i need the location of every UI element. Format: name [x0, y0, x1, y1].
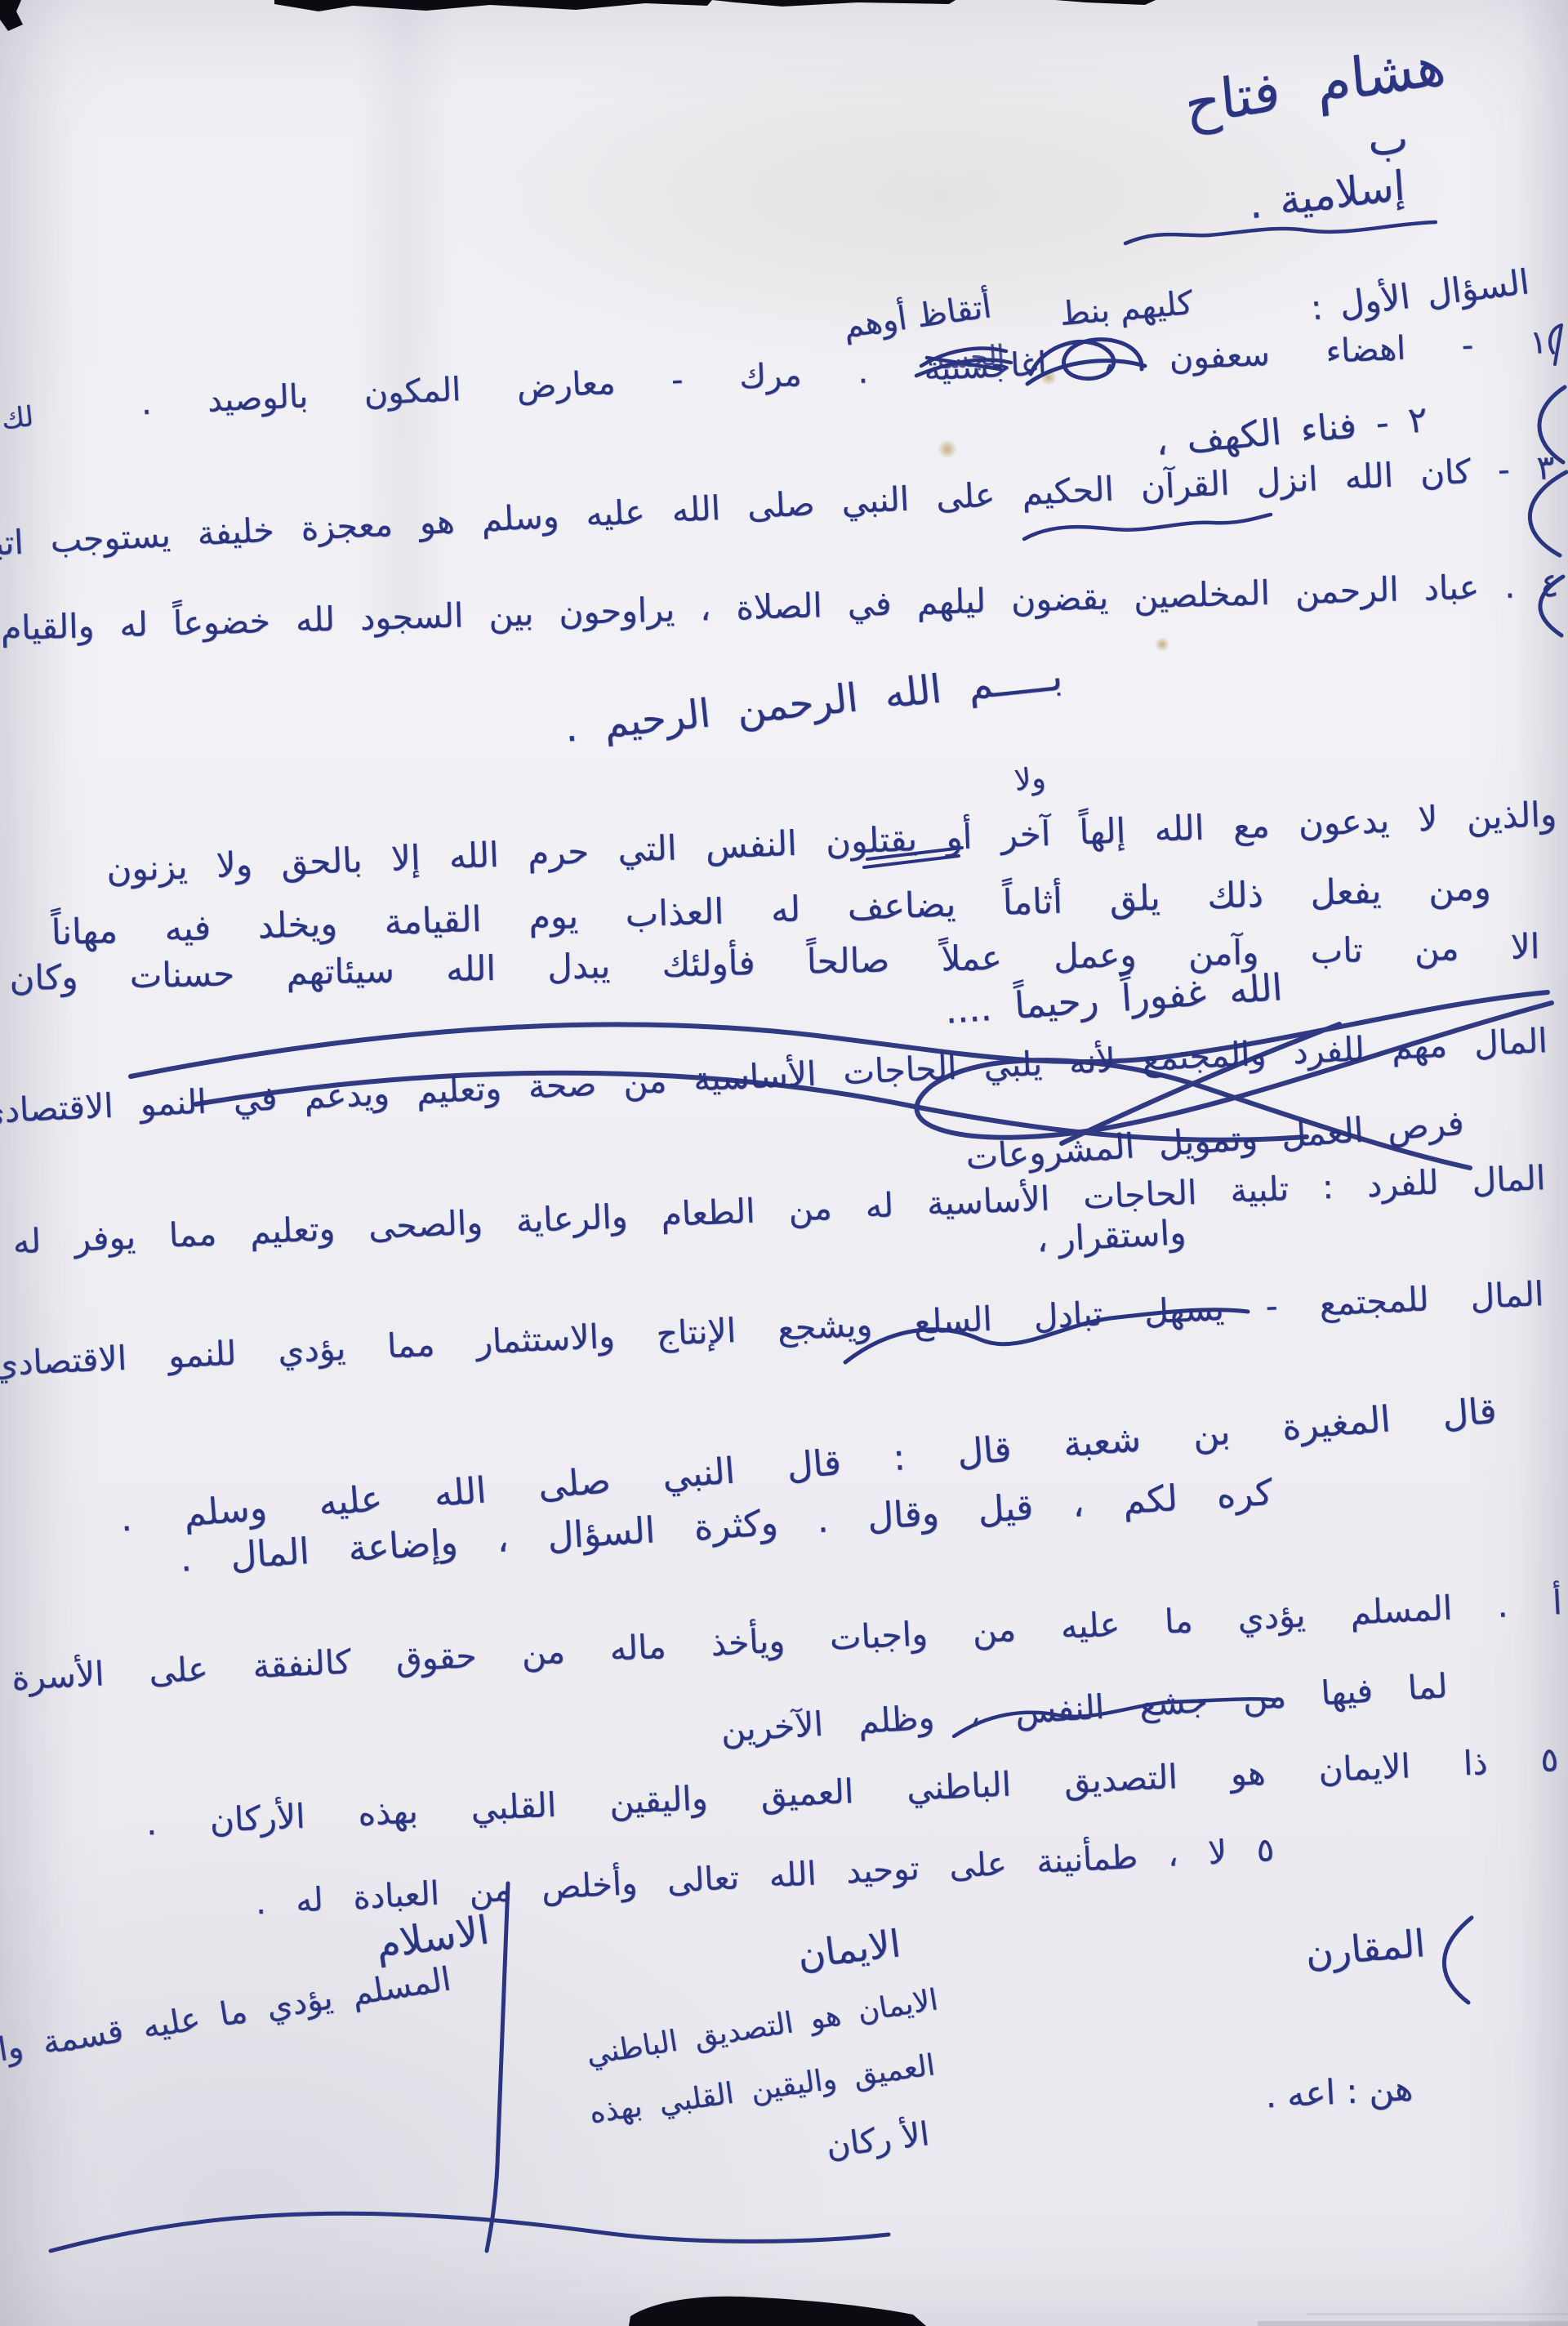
scan-artifact-bottom-blob	[629, 2297, 926, 2326]
scan-artifact-top-strip-3	[1055, 0, 1156, 5]
scan-artifact-top-strip-2	[712, 0, 955, 7]
ink-stain	[938, 439, 957, 459]
table-right-header: المقارن	[1304, 1921, 1428, 1976]
table-horizontal-rule	[51, 2213, 889, 2251]
handwritten-exam-page: هشام فتاح ب إسلامية . السؤال الأول : كلي…	[0, 0, 1568, 2326]
question-middle: كليهم بنط	[1058, 284, 1194, 333]
money-individual-cont: واستقرار ،	[1036, 1212, 1187, 1260]
question-title: السؤال الأول :	[1308, 261, 1531, 328]
answer-item-2: ٢ - فناء الكهف ،	[1154, 399, 1429, 464]
table-islam-body: المسلم يؤدي ما عليه قسمة واجب	[0, 1960, 454, 2077]
basmala: بـــــم الله الرحمن الرحيم .	[562, 653, 1064, 751]
item3-wavy-underline	[1024, 515, 1271, 539]
point-5: ٥ ذا الايمان هو التصديق الباطني العميق و…	[145, 1740, 1559, 1843]
money-community: المال للمجتمع - يسهل تبادل السلع ويشجع ا…	[0, 1274, 1544, 1386]
scan-artifact-corner	[0, 0, 23, 31]
answer-item-4: ٤ . عباد الرحمن المخلصين يقضون ليلهم في …	[0, 565, 1559, 656]
ink-stain	[1155, 637, 1169, 652]
question-left: أتقاظ أوهم	[841, 287, 994, 345]
table-right-row: هن : اعه .	[1264, 2068, 1414, 2115]
table-iman-header: الايمان	[795, 1921, 902, 1977]
scan-streak-2	[1307, 2313, 1568, 2315]
margin-fragment: لك	[0, 400, 35, 436]
table-right-paren	[1444, 1918, 1472, 2003]
quran-inserted-word: ولا	[1013, 761, 1047, 798]
table-islam-header: الاسلام	[372, 1907, 492, 1968]
table-iman-line-3: الأ ركان	[825, 2115, 932, 2165]
money-individual: المال للفرد : تلبية الحاجات الأساسية له …	[0, 1158, 1546, 1266]
point-a-cont: لما فيها من جشع النفس ، وظلم الآخرين	[719, 1666, 1449, 1749]
subject-underline-squiggle	[1125, 222, 1436, 243]
point-5b: ٥ لا ، طمأنينة على توحيد الله تعالى وأخل…	[254, 1831, 1275, 1922]
scan-streak-1	[1258, 2321, 1568, 2326]
student-name: هشام فتاح	[1183, 33, 1449, 138]
scan-artifact-top-strip	[274, 0, 712, 11]
margin-mark-item1	[1550, 325, 1561, 364]
answer-item-3: ٣ - كان الله انزل القرآن الحكيم على النب…	[0, 448, 1556, 572]
subject-title: إسلامية .	[1247, 162, 1406, 228]
stray-letter: ب	[1366, 114, 1410, 166]
